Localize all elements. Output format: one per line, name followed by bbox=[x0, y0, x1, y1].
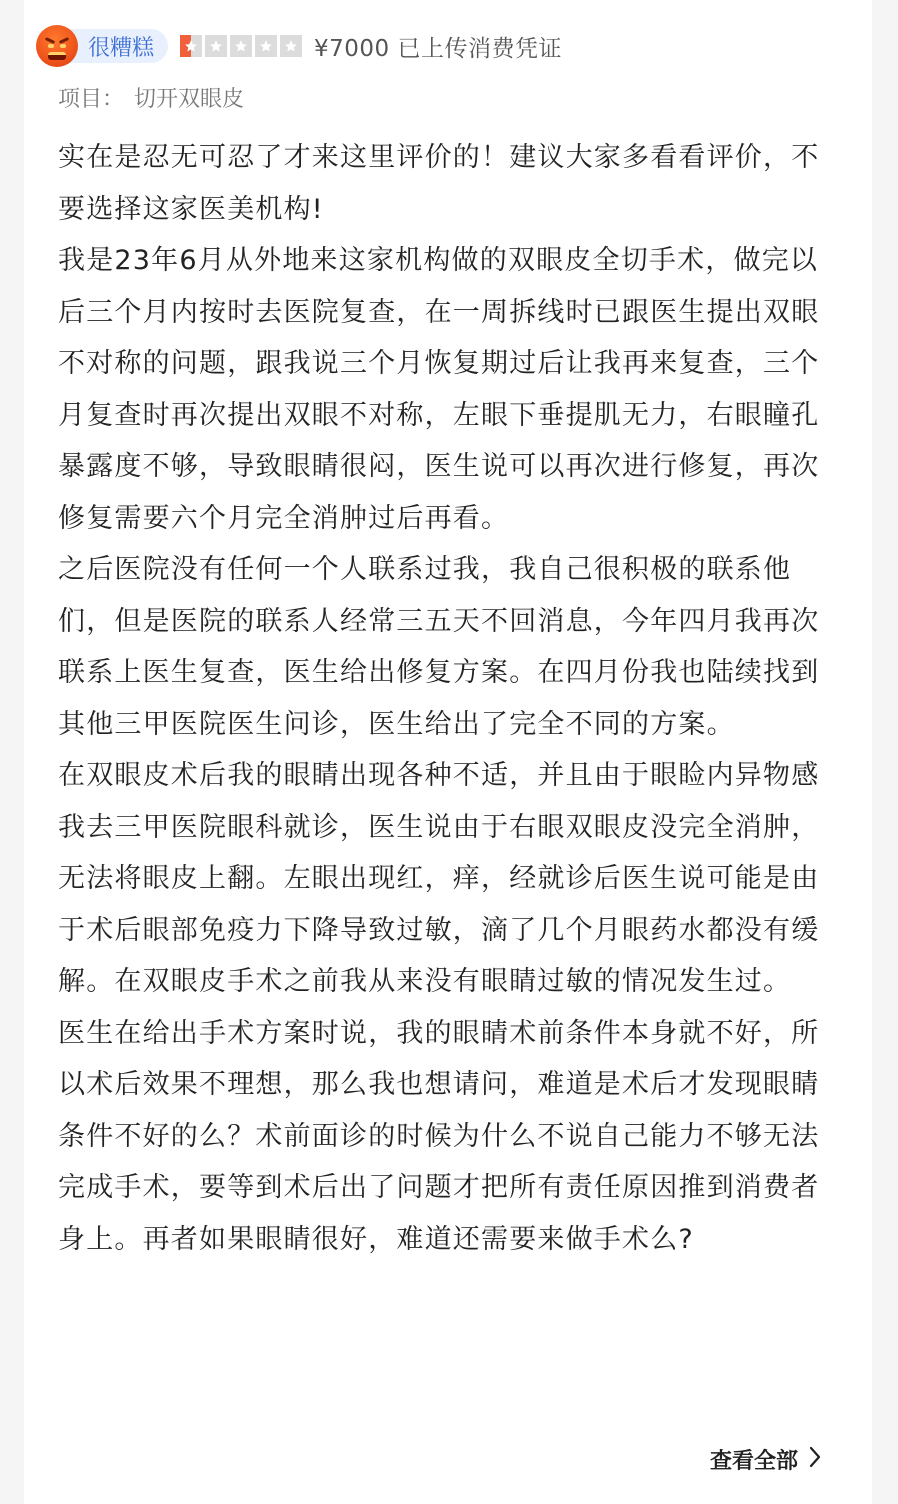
review-header: 很糟糕 ¥7000 已上传消费凭证 bbox=[36, 24, 562, 68]
price-verified-text: ¥7000 已上传消费凭证 bbox=[314, 30, 562, 63]
review-paragraph: 医生在给出手术方案时说，我的眼睛术前条件本身就不好，所以术后效果不理想，那么我也… bbox=[58, 1008, 842, 1266]
chevron-right-icon bbox=[808, 1446, 822, 1474]
review-paragraph: 在双眼皮术后我的眼睛出现各种不适，并且由于眼睑内异物感我去三甲医院眼科就诊，医生… bbox=[58, 750, 842, 1008]
view-all-label: 查看全部 bbox=[710, 1444, 798, 1475]
review-paragraph: 实在是忍无可忍了才来这里评价的！建议大家多看看评价，不要选择这家医美机构! bbox=[58, 132, 842, 235]
sentiment-badge: 很糟糕 bbox=[68, 29, 168, 63]
review-body: 实在是忍无可忍了才来这里评价的！建议大家多看看评价，不要选择这家医美机构! 我是… bbox=[58, 132, 842, 1265]
star-icon bbox=[180, 35, 202, 57]
star-icon bbox=[280, 35, 302, 57]
review-paragraph: 我是23年6月从外地来这家机构做的双眼皮全切手术，做完以后三个月内按时去医院复查… bbox=[58, 235, 842, 544]
project-label: 项目： bbox=[58, 87, 124, 112]
star-icon bbox=[230, 35, 252, 57]
star-icon bbox=[255, 35, 277, 57]
star-rating bbox=[180, 35, 302, 57]
angry-face-icon bbox=[36, 25, 78, 67]
star-icon bbox=[205, 35, 227, 57]
project-line: 项目：切开双眼皮 bbox=[58, 82, 244, 113]
review-paragraph: 之后医院没有任何一个人联系过我，我自己很积极的联系他们，但是医院的联系人经常三五… bbox=[58, 544, 842, 750]
project-value: 切开双眼皮 bbox=[134, 87, 244, 112]
view-all-button[interactable]: 查看全部 bbox=[710, 1444, 822, 1475]
